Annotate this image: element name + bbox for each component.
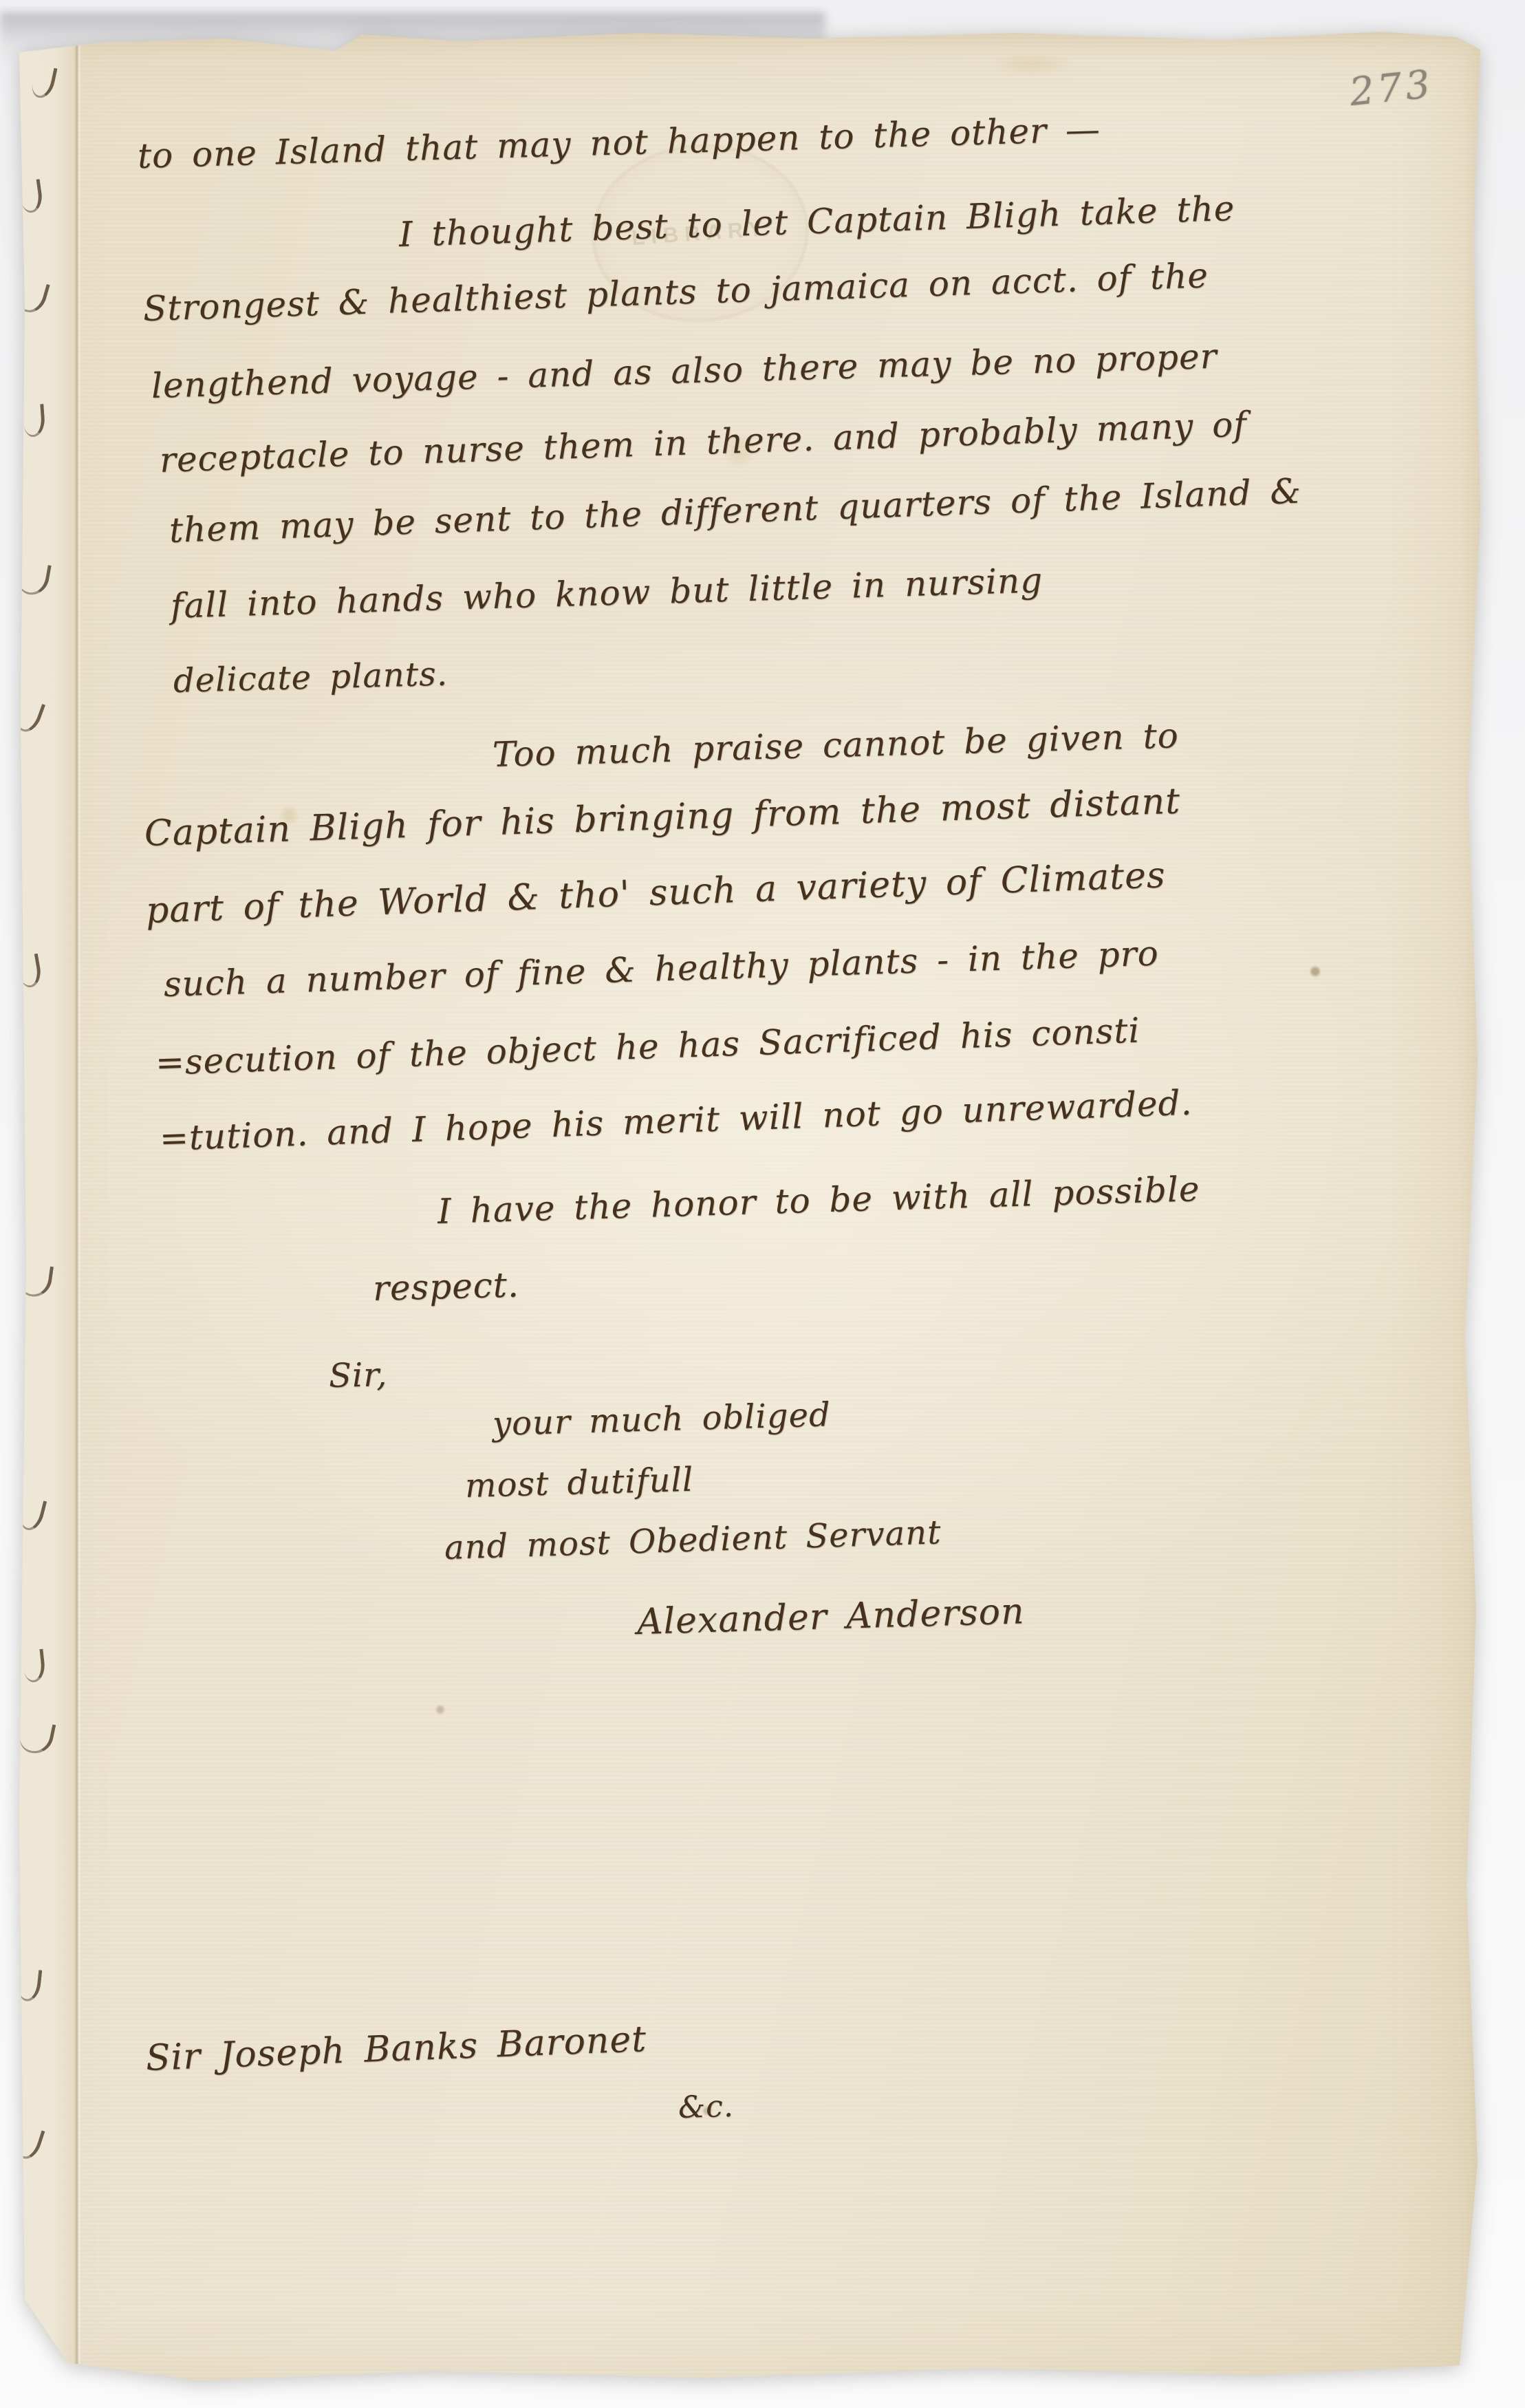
scan-background: { "document": { "folio_number": "273", "… (0, 0, 1525, 2408)
letter-line: your much obliged (492, 1395, 831, 1443)
folio-number: 273 (1348, 62, 1436, 115)
letter-line: receptacle to nurse them in there. and p… (159, 405, 1248, 480)
letter-line: I thought best to let Captain Bligh take… (398, 189, 1235, 255)
letter-line: =secution of the object he has Sacrifice… (155, 1011, 1140, 1083)
letter-line: respect. (372, 1265, 519, 1309)
letter-line: fall into hands who know but little in n… (170, 560, 1043, 626)
letter-line: lengthend voyage - and as also there may… (151, 336, 1218, 406)
letter-line: them may be sent to the different quarte… (169, 471, 1302, 550)
letter-line: Too much praise cannot be given to (492, 716, 1179, 775)
letter-line: Strongest & healthiest plants to jamaica… (142, 255, 1209, 329)
letter-line: most dutifull (464, 1461, 694, 1505)
addressee-line: Sir Joseph Banks Baronet (145, 2019, 647, 2079)
letter-line: delicate plants. (173, 655, 448, 700)
signature-line: Alexander Anderson (636, 1591, 1025, 1643)
manuscript-text-layer: 273 to one Island that may not happen to… (0, 0, 1525, 2408)
letter-line: and most Obedient Servant (444, 1513, 942, 1567)
letter-line: to one Island that may not happen to the… (137, 109, 1101, 176)
letter-line: part of the World & tho' such a variety … (145, 854, 1166, 932)
addressee-etcetera: &c. (678, 2089, 734, 2125)
letter-line: I have the honor to be with all possible (437, 1169, 1200, 1232)
letter-line: =tution. and I hope his merit will not g… (159, 1083, 1193, 1159)
letter-line: Sir, (328, 1355, 387, 1395)
letter-line: Captain Bligh for his bringing from the … (144, 781, 1181, 854)
letter-line: such a number of fine & healthy plants -… (163, 934, 1159, 1004)
